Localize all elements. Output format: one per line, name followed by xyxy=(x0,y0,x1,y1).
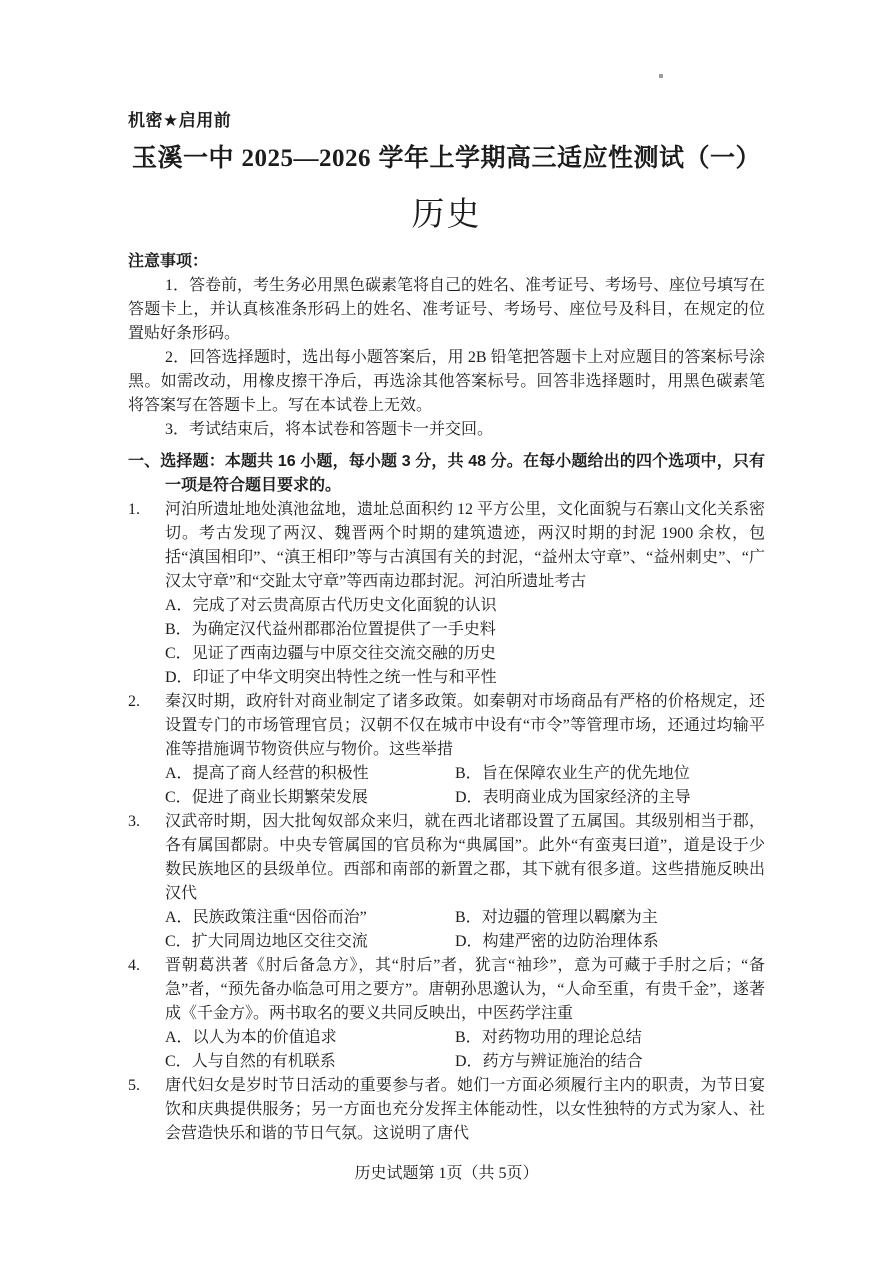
option-label: B． xyxy=(455,909,482,926)
question-1-option-d: D．印证了中华文明突出特性之统一性与和平性 xyxy=(165,666,765,690)
option-label: C． xyxy=(165,789,192,806)
question-4: 4. 晋朝葛洪著《肘后备急方》，其“肘后”者，犹言“袖珍”，意为可藏于手肘之后；… xyxy=(128,954,765,1074)
option-text: 人与自然的有机联系 xyxy=(192,1053,336,1070)
question-1-options: A．完成了对云贵高原古代历史文化面貌的认识 B．为确定汉代益州郡郡治位置提供了一… xyxy=(165,594,765,690)
section-header: 一、选择题：本题共 16 小题，每小题 3 分，共 48 分。在每小题给出的四个… xyxy=(128,450,765,498)
question-1-option-c: C．见证了西南边疆与中原交往交流交融的历史 xyxy=(165,642,765,666)
question-4-option-a: A．以人为本的价值追求 xyxy=(165,1026,455,1050)
option-label: C． xyxy=(165,1053,192,1070)
question-2-options: A．提高了商人经营的积极性 B．旨在保障农业生产的优先地位 C．促进了商业长期繁… xyxy=(165,762,765,810)
notice-item-1: 1．答卷前，考生务必用黑色碳素笔将自己的姓名、准考证号、考场号、座位号填写在答题… xyxy=(128,274,765,346)
option-label: A． xyxy=(165,765,193,782)
option-label: D． xyxy=(455,1053,483,1070)
option-label: D． xyxy=(165,669,193,686)
question-4-stem: 晋朝葛洪著《肘后备急方》，其“肘后”者，犹言“袖珍”，意为可藏于手肘之后；“备急… xyxy=(165,954,765,1026)
question-1-stem: 河泊所遗址地处滇池盆地，遗址总面积约 12 平方公里，文化面貌与石寨山文化关系密… xyxy=(165,498,765,594)
option-text: 以人为本的价值追求 xyxy=(193,1029,337,1046)
question-4-option-d: D．药方与辨证施治的结合 xyxy=(455,1050,765,1074)
exam-title: 玉溪一中 2025—2026 学年上学期高三适应性测试（一） xyxy=(0,138,893,174)
option-label: B． xyxy=(455,1029,482,1046)
question-3-stem: 汉武帝时期，因大批匈奴部众来归，就在西北诸郡设置了五属国。其级别相当于郡，各有属… xyxy=(165,810,765,906)
scan-artifact-dot xyxy=(659,74,663,78)
option-label: A． xyxy=(165,1029,193,1046)
question-1-option-a: A．完成了对云贵高原古代历史文化面貌的认识 xyxy=(165,594,765,618)
option-text: 为确定汉代益州郡郡治位置提供了一手史料 xyxy=(192,621,496,638)
option-label: D． xyxy=(455,933,483,950)
option-label: C． xyxy=(165,933,192,950)
exam-content: 注意事项： 1．答卷前，考生务必用黑色碳素笔将自己的姓名、准考证号、考场号、座位… xyxy=(128,250,765,1146)
question-3-option-a: A．民族政策注重“因俗而治” xyxy=(165,906,455,930)
option-text: 扩大同周边地区交往交流 xyxy=(192,933,368,950)
option-label: D． xyxy=(455,789,483,806)
option-text: 对药物功用的理论总结 xyxy=(482,1029,642,1046)
question-4-number: 4. xyxy=(128,954,165,1074)
question-4-options: A．以人为本的价值追求 B．对药物功用的理论总结 C．人与自然的有机联系 D．药… xyxy=(165,1026,765,1074)
question-2-stem: 秦汉时期，政府针对商业制定了诸多政策。如秦朝对市场商品有严格的价格规定，还设置专… xyxy=(165,690,765,762)
question-5-number: 5. xyxy=(128,1074,165,1146)
question-5-stem: 唐代妇女是岁时节日活动的重要参与者。她们一方面必须履行主内的职责，为节日宴饮和庆… xyxy=(165,1074,765,1146)
question-2: 2. 秦汉时期，政府针对商业制定了诸多政策。如秦朝对市场商品有严格的价格规定，还… xyxy=(128,690,765,810)
question-2-option-c: C．促进了商业长期繁荣发展 xyxy=(165,786,455,810)
question-2-option-a: A．提高了商人经营的积极性 xyxy=(165,762,455,786)
option-text: 见证了西南边疆与中原交往交流交融的历史 xyxy=(192,645,496,662)
option-label: A． xyxy=(165,597,193,614)
exam-title-year: 2025—2026 xyxy=(242,145,372,172)
question-1-number: 1. xyxy=(128,498,165,690)
option-label: A． xyxy=(165,909,193,926)
question-1: 1. 河泊所遗址地处滇池盆地，遗址总面积约 12 平方公里，文化面貌与石寨山文化… xyxy=(128,498,765,690)
option-label: B． xyxy=(455,765,482,782)
question-2-option-d: D．表明商业成为国家经济的主导 xyxy=(455,786,765,810)
exam-paper-page: 机密★启用前 玉溪一中 2025—2026 学年上学期高三适应性测试（一） 历史… xyxy=(0,0,893,1263)
notice-item-2: 2．回答选择题时，选出每小题答案后，用 2B 铅笔把答题卡上对应题目的答案标号涂… xyxy=(128,346,765,418)
question-1-option-b: B．为确定汉代益州郡郡治位置提供了一手史料 xyxy=(165,618,765,642)
exam-title-rest: 学年上学期高三适应性测试（一） xyxy=(371,144,761,172)
question-3-option-d: D．构建严密的边防治理体系 xyxy=(455,930,765,954)
question-4-option-b: B．对药物功用的理论总结 xyxy=(455,1026,765,1050)
subject-title: 历史 xyxy=(0,188,893,235)
option-text: 民族政策注重“因俗而治” xyxy=(193,909,367,926)
classification-label: 机密★启用前 xyxy=(128,106,231,131)
exam-title-school: 玉溪一中 xyxy=(132,144,241,172)
option-text: 药方与辨证施治的结合 xyxy=(483,1053,643,1070)
notice-heading: 注意事项： xyxy=(128,250,765,274)
question-3-option-c: C．扩大同周边地区交往交流 xyxy=(165,930,455,954)
notice-item-3: 3．考试结束后，将本试卷和答题卡一并交回。 xyxy=(128,418,765,442)
option-text: 提高了商人经营的积极性 xyxy=(193,765,369,782)
option-text: 印证了中华文明突出特性之统一性与和平性 xyxy=(193,669,497,686)
page-footer: 历史试题第 1页（共 5页） xyxy=(0,1160,893,1183)
question-3: 3. 汉武帝时期，因大批匈奴部众来归，就在西北诸郡设置了五属国。其级别相当于郡，… xyxy=(128,810,765,954)
option-text: 表明商业成为国家经济的主导 xyxy=(483,789,691,806)
question-5: 5. 唐代妇女是岁时节日活动的重要参与者。她们一方面必须履行主内的职责，为节日宴… xyxy=(128,1074,765,1146)
option-label: B． xyxy=(165,621,192,638)
option-text: 完成了对云贵高原古代历史文化面貌的认识 xyxy=(193,597,497,614)
question-2-option-b: B．旨在保障农业生产的优先地位 xyxy=(455,762,765,786)
question-4-option-c: C．人与自然的有机联系 xyxy=(165,1050,455,1074)
question-2-number: 2. xyxy=(128,690,165,810)
option-text: 旨在保障农业生产的优先地位 xyxy=(482,765,690,782)
option-text: 对边疆的管理以羁縻为主 xyxy=(482,909,658,926)
option-label: C． xyxy=(165,645,192,662)
option-text: 构建严密的边防治理体系 xyxy=(483,933,659,950)
question-3-number: 3. xyxy=(128,810,165,954)
question-3-option-b: B．对边疆的管理以羁縻为主 xyxy=(455,906,765,930)
question-3-options: A．民族政策注重“因俗而治” B．对边疆的管理以羁縻为主 C．扩大同周边地区交往… xyxy=(165,906,765,954)
option-text: 促进了商业长期繁荣发展 xyxy=(192,789,368,806)
